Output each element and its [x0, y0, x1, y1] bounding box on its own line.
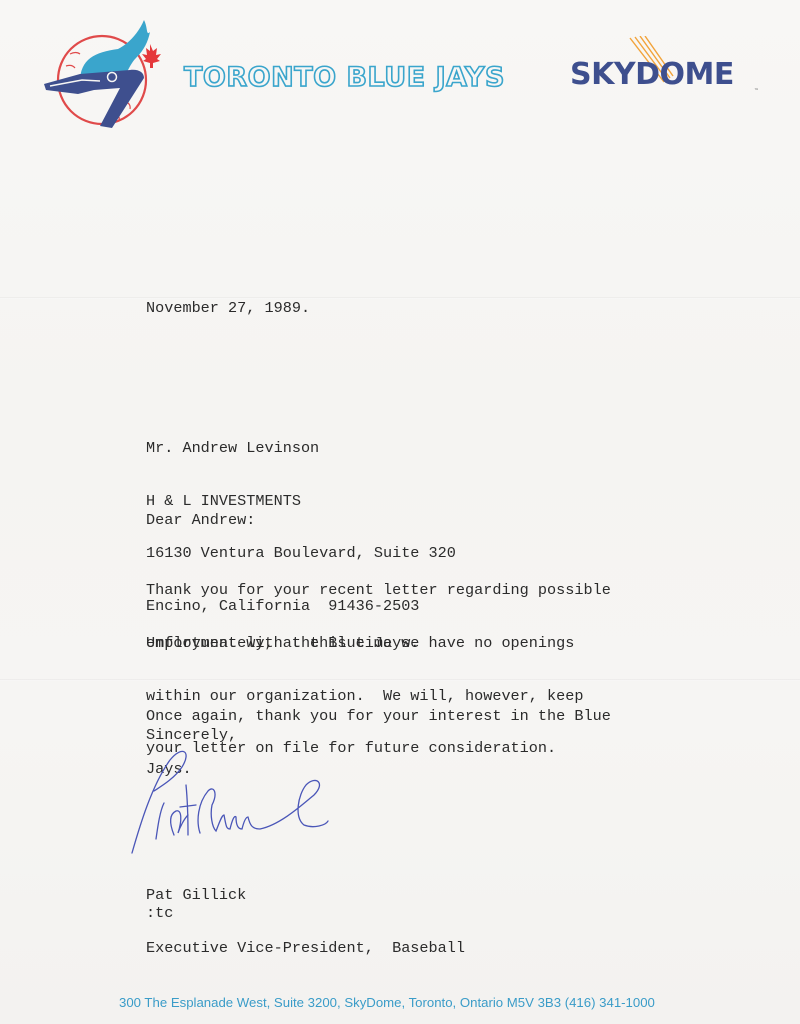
salutation: Dear Andrew: [146, 512, 255, 530]
signer-block: Pat Gillick Executive Vice-President, Ba… [146, 852, 465, 992]
paper-fold-line [0, 297, 800, 299]
paragraph-line: Unfortunately, at this time we have no o… [146, 635, 583, 653]
blue-jays-bird-logo-icon [40, 14, 170, 134]
paragraph-line: Once again, thank you for your interest … [146, 708, 611, 726]
trademark-mark: ™ [754, 88, 759, 94]
handwritten-signature-icon [130, 745, 330, 855]
stadium-wordmark: SKYDOME [570, 57, 734, 92]
team-wordmark: TORONTO BLUE JAYS [184, 62, 505, 93]
letter-paper: TORONTO BLUE JAYS SKYDOME ™ November 27,… [0, 0, 800, 1024]
recipient-company: H & L INVESTMENTS [146, 493, 456, 511]
paragraph-line: Thank you for your recent letter regardi… [146, 582, 611, 600]
closing: Sincerely, [146, 727, 237, 745]
footer-address: 300 The Esplanade West, Suite 3200, SkyD… [119, 995, 655, 1010]
letter-date: November 27, 1989. [146, 300, 310, 318]
signer-name: Pat Gillick [146, 887, 465, 905]
signer-title: Executive Vice-President, Baseball [146, 940, 465, 958]
typist-initials: :tc [146, 905, 173, 923]
recipient-name: Mr. Andrew Levinson [146, 440, 456, 458]
